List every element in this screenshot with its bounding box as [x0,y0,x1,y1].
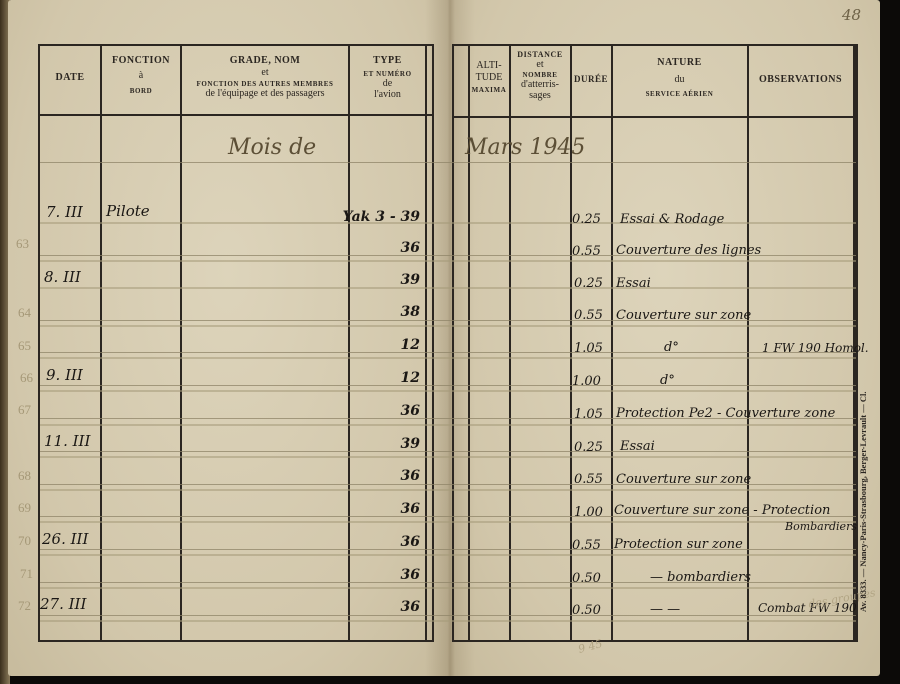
header-altitude: ALTI- TUDE MAXIMA [469,60,509,94]
month-heading-right: Mars 1945 [465,135,585,160]
entry-duree: 1.05 [574,341,603,356]
entry-nature: Essai [620,439,655,454]
left-col-divider [180,46,182,640]
entry-duree: 1.00 [574,505,603,520]
entry-date: 11. III [44,432,90,450]
header-grade-line2: et [182,67,348,79]
page-number: 48 [842,6,861,24]
entry-duree: 0.50 [572,571,601,586]
row-rule [40,554,856,556]
margin-number: 72 [18,598,31,614]
entry-type: Yak 3 - 39 [340,209,420,225]
header-type-line4: l'avion [350,89,425,101]
right-col-divider [747,46,749,640]
header-nature-line1: NATURE [612,57,747,69]
row-rule [40,260,856,262]
margin-number: 67 [18,402,31,418]
entry-nature: Couverture des lignes [616,243,761,258]
header-altitude-line3: MAXIMA [469,86,509,94]
header-grade-line4: de l'équipage et des passagers [182,88,348,100]
header-nature: NATURE du SERVICE AÉRIEN [612,57,747,98]
entry-type: 38 [380,304,420,320]
row-rule [40,222,856,224]
left-col-divider [348,46,350,640]
left-header-divider [40,114,432,116]
row-rule [40,620,856,622]
row-rule [40,456,856,458]
header-distance-line1: DISTANCE [510,50,570,59]
logbook-spread: 48 DATE FONCTION à BORD GRADE, NOM et FO… [0,0,900,684]
entry-duree: 0.50 [572,603,601,618]
entry-nature: — — [650,602,680,617]
entry-nature: Protection sur zone [614,537,743,552]
entry-type: 36 [380,567,420,583]
entry-nature: Couverture sur zone - Protection [614,503,830,518]
header-duree-label: DURÉE [571,74,611,84]
entry-date: 26. III [42,530,88,548]
row-rule [40,615,856,616]
row-rule [40,587,856,589]
entry-date: 8. III [44,268,81,286]
margin-number: 65 [18,338,31,354]
row-rule [40,451,856,452]
entry-type: 36 [380,501,420,517]
row-rule [40,424,856,426]
entry-nature: d° [664,340,679,355]
header-distance: DISTANCE et NOMBRE d'atterris- sages [510,50,570,102]
row-rule [40,325,856,327]
header-distance-line2: et [510,59,570,71]
header-date-label: DATE [40,72,100,84]
row-rule [40,162,856,163]
header-altitude-line1: ALTI- [469,60,509,72]
entry-nature: Essai [616,276,651,291]
entry-type: 36 [380,534,420,550]
header-date: DATE [40,72,100,84]
margin-number: 66 [20,370,33,386]
entry-nature: Protection Pe2 - Couverture zone [616,406,835,421]
entry-duree: 0.25 [574,440,603,455]
header-observations: OBSERVATIONS [748,74,853,86]
left-table-frame [38,44,434,642]
margin-number: 69 [18,500,31,516]
entry-type: 36 [380,403,420,419]
entry-nature: Couverture sur zone [616,308,751,323]
header-distance-line5: sages [510,90,570,102]
row-rule [40,390,856,392]
header-distance-line3: NOMBRE [510,71,570,79]
margin-number: 63 [16,236,29,252]
header-grade: GRADE, NOM et FONCTION DES AUTRES MEMBRE… [182,55,348,100]
entry-duree: 0.55 [574,472,603,487]
entry-nature: Couverture sur zone [616,472,751,487]
left-col-divider [425,46,427,640]
entry-duree: 0.25 [572,212,601,227]
header-fonction: FONCTION à BORD [102,55,180,95]
row-rule [40,357,856,359]
header-duree: DURÉE [571,74,611,84]
margin-number: 64 [18,305,31,321]
row-rule [40,521,856,523]
entry-duree: 1.00 [572,374,601,389]
header-distance-line4: d'atterris- [510,79,570,91]
header-type-line3: de [350,78,425,90]
entry-duree: 0.55 [572,244,601,259]
entry-type: 39 [380,272,420,288]
header-type: TYPE ET NUMÉRO de l'avion [350,55,425,101]
month-heading-left: Mois de [228,135,316,160]
entry-type: 39 [380,436,420,452]
entry-date: 7. III [46,203,83,221]
margin-number: 71 [20,566,33,582]
entry-date: 27. III [40,595,86,613]
entry-observation: Bombardiers [785,520,857,533]
row-rule [40,352,856,353]
header-type-line2: ET NUMÉRO [350,70,425,78]
entry-type: 12 [380,337,420,353]
right-header-divider [454,116,856,118]
row-rule [40,385,856,386]
margin-number: 70 [18,533,31,549]
entry-date: 9. III [46,366,83,384]
entry-duree: 0.55 [572,538,601,553]
entry-nature: Essai & Rodage [620,212,724,227]
header-nature-line2: du [612,74,747,86]
row-rule [40,287,856,289]
header-type-line1: TYPE [350,55,425,67]
row-rule [40,489,856,491]
entry-type: 12 [380,370,420,386]
header-fonction-line1: FONCTION [102,55,180,67]
entry-duree: 1.05 [574,407,603,422]
header-grade-line3: FONCTION DES AUTRES MEMBRES [182,80,348,88]
header-fonction-line3: BORD [102,87,180,95]
printer-imprint: Av. 8333. — Nancy-Paris-Strasbourg, Berg… [858,392,868,613]
entry-nature: — bombardiers [650,570,751,585]
header-grade-line1: GRADE, NOM [182,55,348,67]
entry-duree: 0.55 [574,308,603,323]
entry-observation: 1 FW 190 Homol. [762,341,869,355]
header-fonction-line2: à [102,70,180,82]
right-col-divider [611,46,613,640]
entry-fonction: Pilote [106,202,150,220]
entry-nature: d° [660,373,675,388]
header-observations-label: OBSERVATIONS [748,74,853,86]
entry-type: 36 [380,599,420,615]
left-col-divider [100,46,102,640]
entry-type: 36 [380,240,420,256]
margin-number: 68 [18,468,31,484]
header-nature-line3: SERVICE AÉRIEN [612,90,747,98]
entry-type: 36 [380,468,420,484]
header-altitude-line2: TUDE [469,72,509,84]
entry-duree: 0.25 [574,276,603,291]
